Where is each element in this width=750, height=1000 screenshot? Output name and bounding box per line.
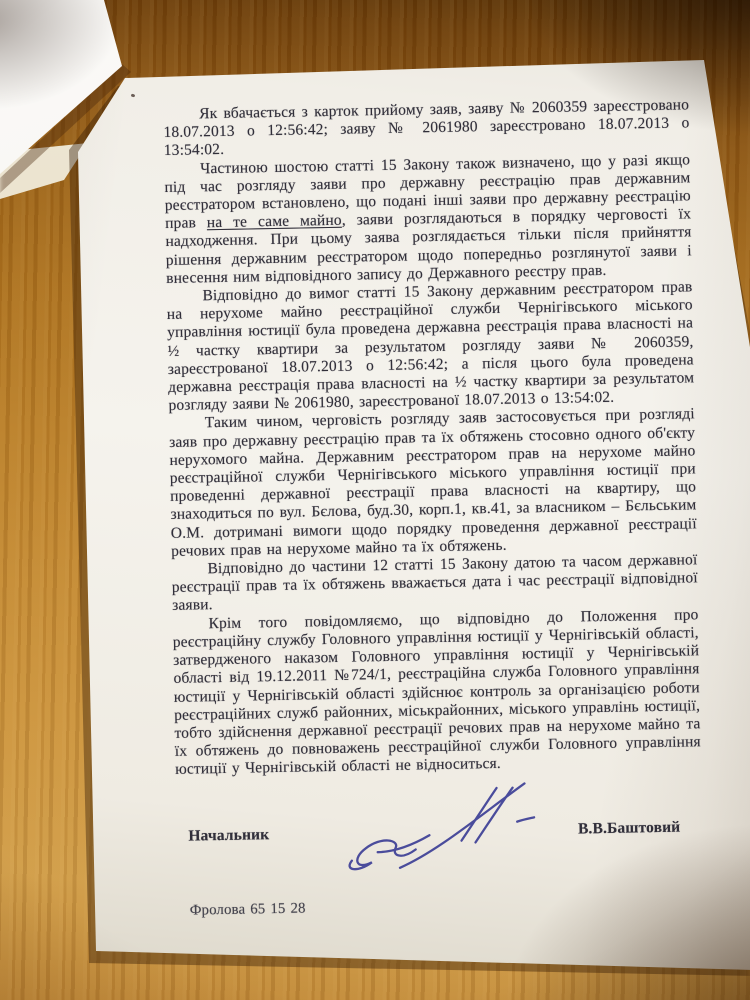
photo-of-document: Як вбачається з карток прийому заяв, зая…: [0, 0, 750, 1000]
signer-role: Начальник: [188, 826, 269, 846]
paragraph-registrations-performed: Відповідно до вимог статті 15 Закону дер…: [166, 278, 694, 415]
letter-body: Як вбачається з карток прийому заяв, зая…: [163, 96, 704, 919]
paragraph-registration-times: Як вбачається з карток прийому заяв, зая…: [163, 96, 690, 160]
paragraph-date-time-rule: Відповідно до частини 12 статті 15 Закон…: [171, 551, 698, 615]
paragraph-oblast-authority: Крім того повідомляємо, що відповідно до…: [172, 606, 701, 779]
paragraph-law-article15: Частиною шостою статті 15 Закону також в…: [164, 151, 692, 288]
underlined-phrase-same-property: на те саме майно: [207, 212, 342, 231]
signature-block: Начальник В.В.Баштовий: [176, 818, 702, 846]
signer-name: В.В.Баштовий: [578, 818, 681, 838]
signature-autograph-icon: [340, 769, 542, 879]
paragraph-order-of-review: Таким чином, черговість розгляду заяв за…: [169, 406, 698, 561]
